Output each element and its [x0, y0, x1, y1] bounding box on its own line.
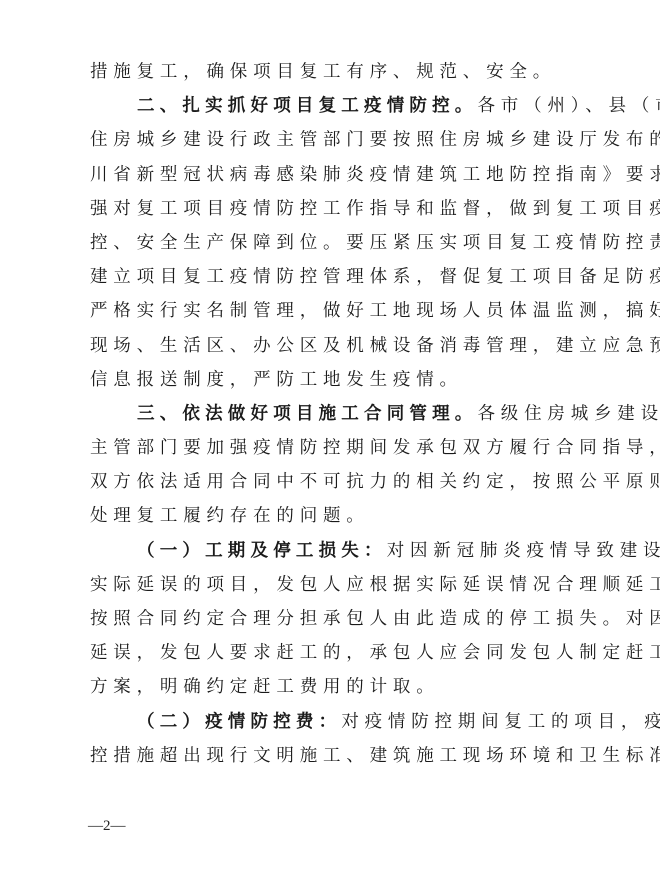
text-line: 处理复工履约存在的问题。: [90, 499, 582, 533]
paragraph-first-line: （一）工期及停工损失：对因新冠肺炎疫情导致建设工期: [90, 534, 582, 568]
text-line: 方案，明确约定赶工费用的计取。: [90, 670, 582, 704]
subsection-heading: （一）工期及停工损失：: [137, 541, 387, 561]
paragraph-first-line: （二）疫情防控费：对疫情防控期间复工的项目，疫情防: [90, 705, 582, 739]
text-line: 延误，发包人要求赶工的，承包人应会同发包人制定赶工措施: [90, 636, 582, 670]
section-heading: 二、扎实抓好项目复工疫情防控。: [137, 96, 478, 116]
paragraph-first-line: 三、依法做好项目施工合同管理。各级住房城乡建设行政: [90, 397, 582, 431]
text-line: 川省新型冠状病毒感染肺炎疫情建筑工地防控指南》要求，加: [90, 158, 582, 192]
text-run: 各市（州）、县（市、区）: [478, 96, 660, 116]
text-line: 建立项目复工疫情防控管理体系，督促复工项目备足防疫用品，: [90, 260, 582, 294]
text-line: 严格实行实名制管理，做好工地现场人员体温监测，搞好施工: [90, 294, 582, 328]
text-line: 控措施超出现行文明施工、建筑施工现场环境和卫生标准增加: [90, 739, 582, 773]
text-line: 控、安全生产保障到位。要压紧压实项目复工疫情防控责任，: [90, 226, 582, 260]
text-line: 现场、生活区、办公区及机械设备消毒管理，建立应急预案和: [90, 329, 582, 363]
text-run: 对因新冠肺炎疫情导致建设工期: [387, 541, 660, 561]
text-line: 按照合同约定合理分担承包人由此造成的停工损失。对因工期: [90, 602, 582, 636]
text-line: 信息报送制度，严防工地发生疫情。: [90, 363, 582, 397]
text-run: 对疫情防控期间复工的项目，疫情防: [341, 712, 660, 732]
text-line: 住房城乡建设行政主管部门要按照住房城乡建设厅发布的《四: [90, 123, 582, 157]
text-line: 双方依法适用合同中不可抗力的相关约定，按照公平原则及时: [90, 465, 582, 499]
text-line: 主管部门要加强疫情防控期间发承包双方履行合同指导，督促: [90, 431, 582, 465]
text-run: 各级住房城乡建设行政: [478, 404, 660, 424]
paragraph-first-line: 二、扎实抓好项目复工疫情防控。各市（州）、县（市、区）: [90, 89, 582, 123]
document-page: 措施复工，确保项目复工有序、规范、安全。 二、扎实抓好项目复工疫情防控。各市（州…: [90, 55, 582, 773]
text-line: 措施复工，确保项目复工有序、规范、安全。: [90, 55, 582, 89]
text-line: 实际延误的项目，发包人应根据实际延误情况合理顺延工期，: [90, 568, 582, 602]
subsection-heading: （二）疫情防控费：: [137, 712, 341, 732]
page-number: —2—: [88, 818, 126, 835]
section-heading: 三、依法做好项目施工合同管理。: [137, 404, 478, 424]
text-line: 强对复工项目疫情防控工作指导和监督，做到复工项目疫情防: [90, 192, 582, 226]
